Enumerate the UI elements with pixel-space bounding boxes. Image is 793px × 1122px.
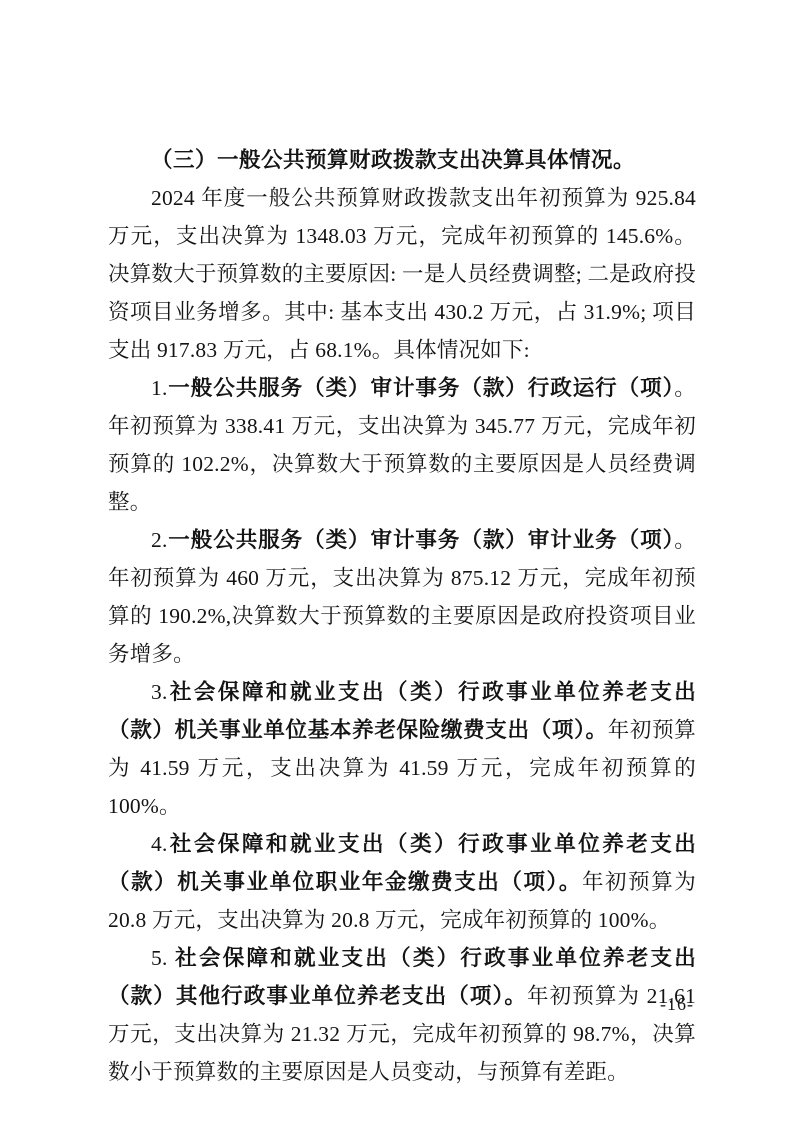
budget-item-title: 一般公共服务（类）审计事务（款）审计业务（项） [168, 528, 675, 552]
paragraph-text: 2024 年度一般公共预算财政拨款支出年初预算为 925.84 万元，支出决算为… [108, 186, 696, 362]
paragraphs: 2024 年度一般公共预算财政拨款支出年初预算为 925.84 万元，支出决算为… [108, 179, 696, 1091]
paragraph-item-3: 3.社会保障和就业支出（类）行政事业单位养老支出（款）机关事业单位基本养老保险缴… [108, 673, 696, 825]
paragraph-text: 1. [151, 376, 168, 400]
section-heading: （三）一般公共预算财政拨款支出决算具体情况。 [108, 141, 696, 179]
paragraph-text: 2. [151, 528, 168, 552]
paragraph-item-4: 4.社会保障和就业支出（类）行政事业单位养老支出（款）机关事业单位职业年金缴费支… [108, 825, 696, 939]
paragraph-text: 3. [151, 680, 168, 704]
paragraph-overview: 2024 年度一般公共预算财政拨款支出年初预算为 925.84 万元，支出决算为… [108, 179, 696, 369]
page-number: -16- [660, 993, 694, 1015]
paragraph-item-2: 2.一般公共服务（类）审计事务（款）审计业务（项）。年初预算为 460 万元，支… [108, 521, 696, 673]
paragraph-item-5: 5. 社会保障和就业支出（类）行政事业单位养老支出（款）其他行政事业单位养老支出… [108, 939, 696, 1091]
paragraph-text: 5. [151, 946, 175, 970]
paragraph-item-1: 1.一般公共服务（类）审计事务（款）行政运行（项）。年初预算为 338.41 万… [108, 369, 696, 521]
paragraph-text: 4. [151, 832, 168, 856]
document-page: （三）一般公共预算财政拨款支出决算具体情况。 2024 年度一般公共预算财政拨款… [0, 0, 793, 1122]
budget-item-title: 一般公共服务（类）审计事务（款）行政运行（项） [168, 376, 675, 400]
content-area: （三）一般公共预算财政拨款支出决算具体情况。 2024 年度一般公共预算财政拨款… [108, 141, 696, 1091]
